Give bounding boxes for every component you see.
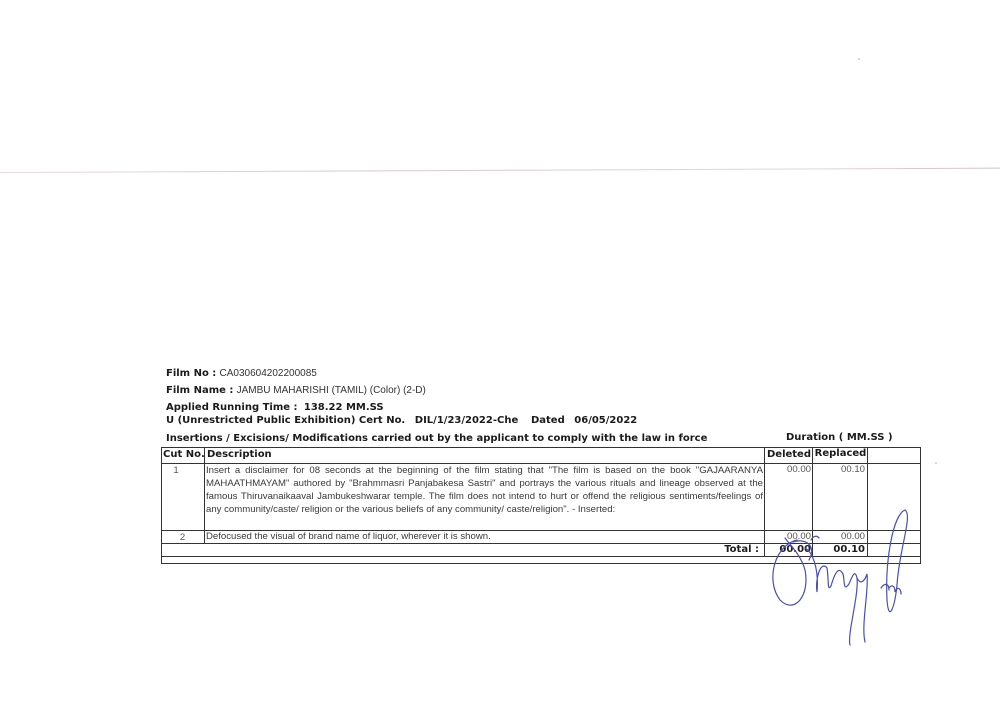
total-label: Total : bbox=[461, 544, 759, 555]
row2-cut-no: 2 bbox=[161, 532, 204, 543]
row1-replaced: 00.10 bbox=[813, 464, 865, 475]
row2-description: Defocused the visual of brand name of li… bbox=[206, 530, 763, 543]
film-no-line: Film No : CA030604202200085 bbox=[166, 368, 317, 379]
dated-value: 06/05/2022 bbox=[574, 415, 637, 426]
duration-label: Duration ( MM.SS ) bbox=[786, 432, 893, 443]
running-time-label: Applied Running Time : bbox=[166, 402, 298, 413]
scan-speck bbox=[858, 58, 860, 60]
table-rule bbox=[204, 447, 205, 543]
scan-speck bbox=[935, 462, 937, 464]
running-time-line: Applied Running Time : 138.22 MM.SS bbox=[166, 402, 384, 413]
film-no-label: Film No : bbox=[166, 368, 216, 379]
section-title-text: Insertions / Excisions/ Modifications ca… bbox=[166, 433, 707, 444]
section-title: Insertions / Excisions/ Modifications ca… bbox=[166, 433, 707, 444]
paper-fold-line bbox=[0, 168, 1000, 173]
dated-label: Dated bbox=[531, 415, 565, 426]
film-name-line: Film Name : JAMBU MAHARISHI (TAMIL) (Col… bbox=[166, 385, 426, 396]
cert-label: U (Unrestricted Public Exhibition) Cert … bbox=[166, 415, 405, 426]
running-time-value: 138.22 MM.SS bbox=[304, 402, 384, 413]
header-replaced: Replaced bbox=[814, 448, 867, 459]
film-name-label: Film Name : bbox=[166, 385, 233, 396]
table-rule bbox=[161, 447, 921, 448]
cert-no: DIL/1/23/2022-Che bbox=[415, 415, 518, 426]
film-name-value: JAMBU MAHARISHI (TAMIL) (Color) (2-D) bbox=[237, 385, 426, 396]
signature-icon bbox=[765, 500, 925, 660]
row1-deleted: 00.00 bbox=[765, 464, 811, 475]
cert-line: U (Unrestricted Public Exhibition) Cert … bbox=[166, 415, 637, 426]
film-no-value: CA030604202200085 bbox=[220, 368, 317, 379]
header-cut-no: Cut No. bbox=[163, 449, 204, 460]
row1-cut-no: 1 bbox=[161, 465, 191, 476]
header-deleted: Deleted bbox=[766, 449, 812, 460]
row1-description: Insert a disclaimer for 08 seconds at th… bbox=[206, 464, 763, 530]
header-description: Description bbox=[207, 449, 507, 460]
